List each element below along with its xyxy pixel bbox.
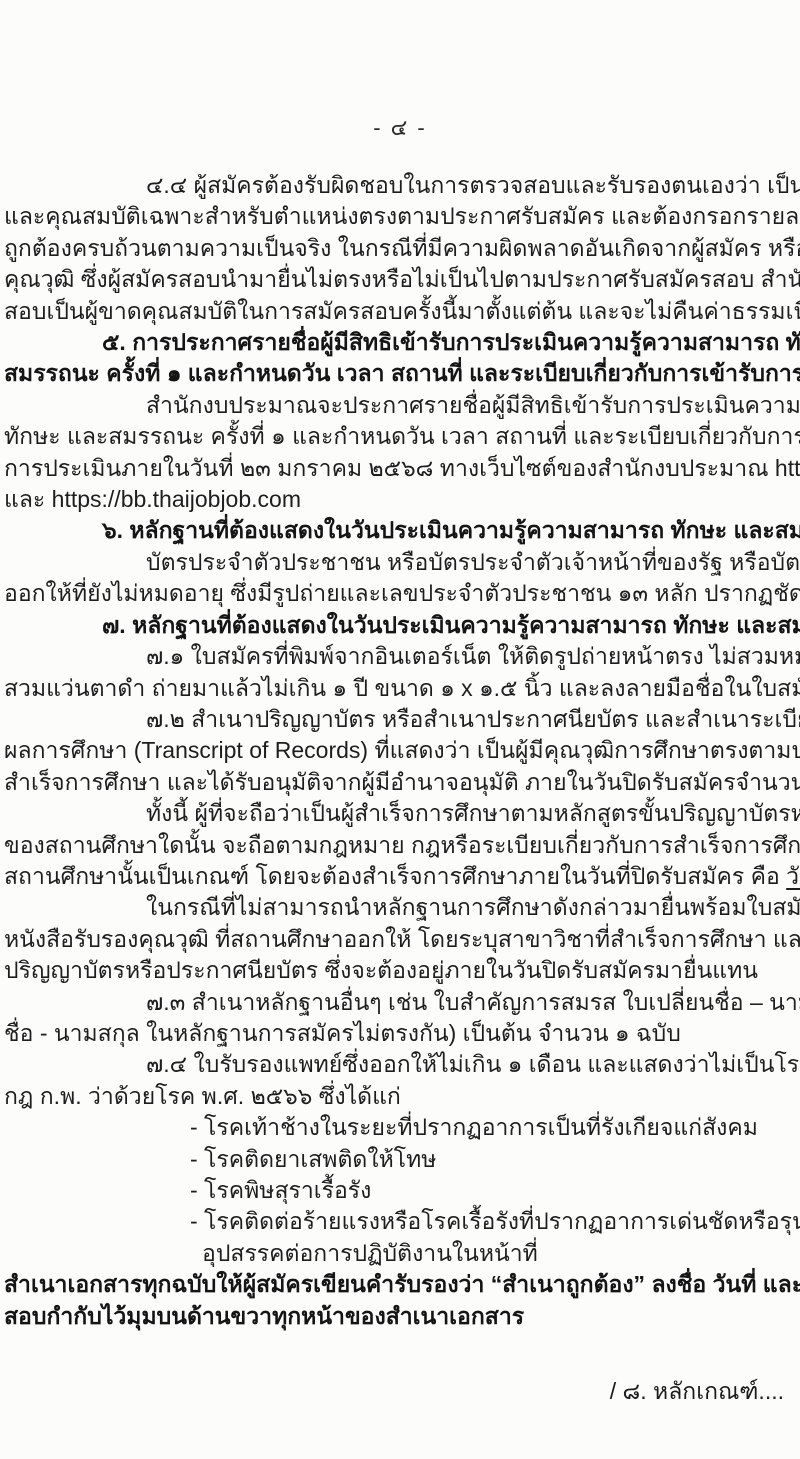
line-text: การประเมินภายในวันที่ ๒๓ มกราคม ๒๕๖๘ ทาง… <box>4 455 800 481</box>
line-text: สำเนาเอกสารทุกฉบับให้ผู้สมัครเขียนคำรับร… <box>4 1271 800 1297</box>
line-text: ๗.๔ ใบรับรองแพทย์ซึ่งออกให้ไม่เกิน ๑ เดื… <box>146 1051 800 1077</box>
document-line: ๗. หลักฐานที่ต้องแสดงในวันประเมินความรู้… <box>0 610 796 641</box>
document-line: กฎ ก.พ. ว่าด้วยโรค พ.ศ. ๒๕๖๖ ซึ่งได้แก่ <box>0 1081 796 1112</box>
line-text: ทั้งนี้ ผู้ที่จะถือว่าเป็นผู้สำเร็จการศึ… <box>146 800 800 826</box>
document-line: - โรคพิษสุราเรื้อรัง <box>0 1175 796 1206</box>
line-text: ผลการศึกษา (Transcript of Records) ที่แส… <box>4 737 800 763</box>
document-line: คุณวุฒิ ซึ่งผู้สมัครสอบนำมายื่นไม่ตรงหรื… <box>0 264 796 295</box>
line-text: สวมแว่นตาดำ ถ่ายมาแล้วไม่เกิน ๑ ปี ขนาด … <box>4 675 800 701</box>
line-text: - โรคเท้าช้างในระยะที่ปรากฏอาการเป็นที่ร… <box>190 1114 758 1140</box>
line-text: ๔.๔ ผู้สมัครต้องรับผิดชอบในการตรวจสอบและ… <box>146 172 800 198</box>
line-text: ชื่อ - นามสกุล ในหลักฐานการสมัครไม่ตรงกั… <box>4 1020 681 1046</box>
document-line: ปริญญาบัตรหรือประกาศนียบัตร ซึ่งจะต้องอย… <box>0 955 796 986</box>
document-line: ผลการศึกษา (Transcript of Records) ที่แส… <box>0 735 796 766</box>
line-text: - โรคติดยาเสพติดให้โทษ <box>190 1146 436 1172</box>
line-text: ออกให้ที่ยังไม่หมดอายุ ซึ่งมีรูปถ่ายและเ… <box>4 580 800 606</box>
document-line: ทั้งนี้ ผู้ที่จะถือว่าเป็นผู้สำเร็จการศึ… <box>0 798 796 829</box>
line-text: ในกรณีที่ไม่สามารถนำหลักฐานการศึกษาดังกล… <box>146 894 800 920</box>
document-line: ชื่อ - นามสกุล ในหลักฐานการสมัครไม่ตรงกั… <box>0 1018 796 1049</box>
document-line: และคุณสมบัติเฉพาะสำหรับตำแหน่งตรงตามประก… <box>0 201 796 232</box>
document-page: - ๔ - ๔.๔ ผู้สมัครต้องรับผิดชอบในการตรวจ… <box>0 0 800 1459</box>
line-text: หนังสือรับรองคุณวุฒิ ที่สถานศึกษาออกให้ … <box>4 926 800 952</box>
line-text: ปริญญาบัตรหรือประกาศนียบัตร ซึ่งจะต้องอย… <box>4 957 758 983</box>
line-text: ๗.๒ สำเนาปริญญาบัตร หรือสำเนาประกาศนียบั… <box>146 706 800 732</box>
line-text: สำเร็จการศึกษา และได้รับอนุมัติจากผู้มีอ… <box>4 769 800 795</box>
document-line: ๖. หลักฐานที่ต้องแสดงในวันประเมินความรู้… <box>0 515 796 546</box>
line-text: ของสถานศึกษาใดนั้น จะถือตามกฎหมาย กฎหรือ… <box>4 832 800 858</box>
document-line: สถานศึกษานั้นเป็นเกณฑ์ โดยจะต้องสำเร็จกา… <box>0 861 796 892</box>
line-text: ๗.๓ สำเนาหลักฐานอื่นๆ เช่น ใบสำคัญการสมร… <box>146 989 800 1015</box>
document-line: ถูกต้องครบถ้วนตามความเป็นจริง ในกรณีที่ม… <box>0 233 796 264</box>
line-text: ทักษะ และสมรรถนะ ครั้งที่ ๑ และกำหนดวัน … <box>4 423 800 449</box>
line-text: สำนักงบประมาณจะประกาศรายชื่อผู้มีสิทธิเข… <box>146 392 800 418</box>
document-line: ออกให้ที่ยังไม่หมดอายุ ซึ่งมีรูปถ่ายและเ… <box>0 578 796 609</box>
document-line: หนังสือรับรองคุณวุฒิ ที่สถานศึกษาออกให้ … <box>0 924 796 955</box>
line-text: อุปสรรคต่อการปฏิบัติงานในหน้าที่ <box>202 1240 538 1266</box>
line-text: กฎ ก.พ. ว่าด้วยโรค พ.ศ. ๒๕๖๖ ซึ่งได้แก่ <box>4 1083 401 1109</box>
document-line: ๗.๓ สำเนาหลักฐานอื่นๆ เช่น ใบสำคัญการสมร… <box>0 987 796 1018</box>
line-text: บัตรประจำตัวประชาชน หรือบัตรประจำตัวเจ้า… <box>146 549 800 575</box>
document-line: การประเมินภายในวันที่ ๒๓ มกราคม ๒๕๖๘ ทาง… <box>0 453 796 484</box>
document-line: สำเนาเอกสารทุกฉบับให้ผู้สมัครเขียนคำรับร… <box>0 1269 796 1300</box>
document-line: บัตรประจำตัวประชาชน หรือบัตรประจำตัวเจ้า… <box>0 547 796 578</box>
document-line: สวมแว่นตาดำ ถ่ายมาแล้วไม่เกิน ๑ ปี ขนาด … <box>0 673 796 704</box>
line-text: ๖. หลักฐานที่ต้องแสดงในวันประเมินความรู้… <box>102 517 800 543</box>
line-text: ๗.๑ ใบสมัครที่พิมพ์จากอินเตอร์เน็ต ให้ติ… <box>146 643 800 669</box>
underlined-closing-date: วันที่ ๘ มกราคม ๒๕๖๘ <box>786 863 800 889</box>
document-line: ในกรณีที่ไม่สามารถนำหลักฐานการศึกษาดังกล… <box>0 892 796 923</box>
document-body: ๔.๔ ผู้สมัครต้องรับผิดชอบในการตรวจสอบและ… <box>0 170 796 1332</box>
document-line: สมรรถนะ ครั้งที่ ๑ และกำหนดวัน เวลา สถาน… <box>0 358 796 389</box>
document-line: ๗.๒ สำเนาปริญญาบัตร หรือสำเนาประกาศนียบั… <box>0 704 796 735</box>
line-text: ถูกต้องครบถ้วนตามความเป็นจริง ในกรณีที่ม… <box>4 235 800 261</box>
line-text: และ https://bb.thaijobjob.com <box>4 486 301 512</box>
document-line: และ https://bb.thaijobjob.com <box>0 484 796 515</box>
document-line: - โรคติดยาเสพติดให้โทษ <box>0 1144 796 1175</box>
document-line: ๕. การประกาศรายชื่อผู้มีสิทธิเข้ารับการป… <box>0 327 796 358</box>
document-line: ทักษะ และสมรรถนะ ครั้งที่ ๑ และกำหนดวัน … <box>0 421 796 452</box>
line-text: สอบเป็นผู้ขาดคุณสมบัติในการสมัครสอบครั้ง… <box>4 298 800 324</box>
document-line: สอบเป็นผู้ขาดคุณสมบัติในการสมัครสอบครั้ง… <box>0 296 796 327</box>
document-line: สอบกำกับไว้มุมบนด้านขวาทุกหน้าของสำเนาเอ… <box>0 1301 796 1332</box>
line-text: ๕. การประกาศรายชื่อผู้มีสิทธิเข้ารับการป… <box>102 329 800 355</box>
document-line: ของสถานศึกษาใดนั้น จะถือตามกฎหมาย กฎหรือ… <box>0 830 796 861</box>
line-text: สมรรถนะ ครั้งที่ ๑ และกำหนดวัน เวลา สถาน… <box>4 360 800 386</box>
document-line: อุปสรรคต่อการปฏิบัติงานในหน้าที่ <box>0 1238 796 1269</box>
document-line: สำนักงบประมาณจะประกาศรายชื่อผู้มีสิทธิเข… <box>0 390 796 421</box>
line-text: สถานศึกษานั้นเป็นเกณฑ์ โดยจะต้องสำเร็จกา… <box>4 863 786 889</box>
document-line: - โรคเท้าช้างในระยะที่ปรากฏอาการเป็นที่ร… <box>0 1112 796 1143</box>
document-line: - โรคติดต่อร้ายแรงหรือโรคเรื้อรังที่ปราก… <box>0 1206 796 1237</box>
document-line: ๗.๔ ใบรับรองแพทย์ซึ่งออกให้ไม่เกิน ๑ เดื… <box>0 1049 796 1080</box>
continuation-marker: / ๘. หลักเกณฑ์.... <box>610 1374 784 1410</box>
line-text: - โรคพิษสุราเรื้อรัง <box>190 1177 371 1203</box>
line-text: ๗. หลักฐานที่ต้องแสดงในวันประเมินความรู้… <box>102 612 800 638</box>
document-line: ๗.๑ ใบสมัครที่พิมพ์จากอินเตอร์เน็ต ให้ติ… <box>0 641 796 672</box>
page-number: - ๔ - <box>0 110 800 145</box>
document-line: สำเร็จการศึกษา และได้รับอนุมัติจากผู้มีอ… <box>0 767 796 798</box>
line-text: - โรคติดต่อร้ายแรงหรือโรคเรื้อรังที่ปราก… <box>190 1208 800 1234</box>
line-text: สอบกำกับไว้มุมบนด้านขวาทุกหน้าของสำเนาเอ… <box>4 1303 524 1329</box>
line-text: คุณวุฒิ ซึ่งผู้สมัครสอบนำมายื่นไม่ตรงหรื… <box>4 266 800 292</box>
document-line: ๔.๔ ผู้สมัครต้องรับผิดชอบในการตรวจสอบและ… <box>0 170 796 201</box>
line-text: และคุณสมบัติเฉพาะสำหรับตำแหน่งตรงตามประก… <box>4 203 800 229</box>
